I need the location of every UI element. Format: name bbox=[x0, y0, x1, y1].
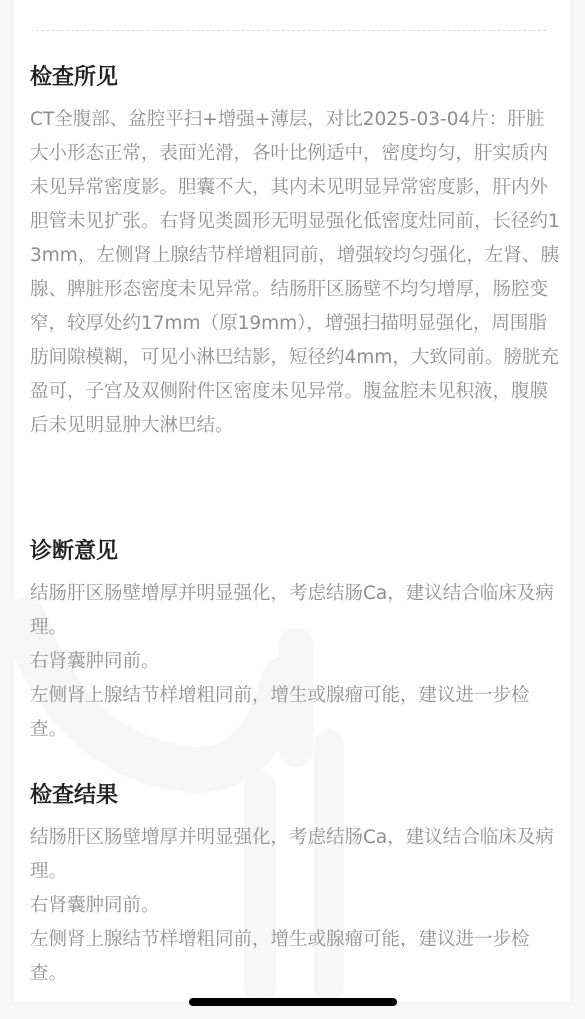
results-text: 结肠肝区肠壁增厚并明显强化，考虑结肠Ca，建议结合临床及病理。 右肾囊肿同前。 … bbox=[30, 821, 560, 991]
report-card: 检查所见 CT全腹部、盆腔平扫+增强+薄层，对比2025-03-04片：肝脏大小… bbox=[14, 0, 570, 1002]
section-title-results: 检查结果 bbox=[30, 781, 560, 811]
section-results: 检查结果 结肠肝区肠壁增厚并明显强化，考虑结肠Ca，建议结合临床及病理。 右肾囊… bbox=[30, 781, 560, 991]
section-title-diagnosis: 诊断意见 bbox=[30, 537, 560, 567]
section-diagnosis: 诊断意见 结肠肝区肠壁增厚并明显强化，考虑结肠Ca，建议结合临床及病理。 右肾囊… bbox=[30, 537, 560, 747]
diagnosis-text: 结肠肝区肠壁增厚并明显强化，考虑结肠Ca，建议结合临床及病理。 右肾囊肿同前。 … bbox=[30, 577, 560, 747]
dashed-divider bbox=[36, 30, 546, 31]
home-indicator-bar[interactable] bbox=[189, 998, 397, 1006]
findings-text: CT全腹部、盆腔平扫+增强+薄层，对比2025-03-04片：肝脏大小形态正常，… bbox=[30, 103, 560, 443]
section-title-findings: 检查所见 bbox=[30, 63, 560, 93]
section-findings: 检查所见 CT全腹部、盆腔平扫+增强+薄层，对比2025-03-04片：肝脏大小… bbox=[30, 63, 560, 443]
